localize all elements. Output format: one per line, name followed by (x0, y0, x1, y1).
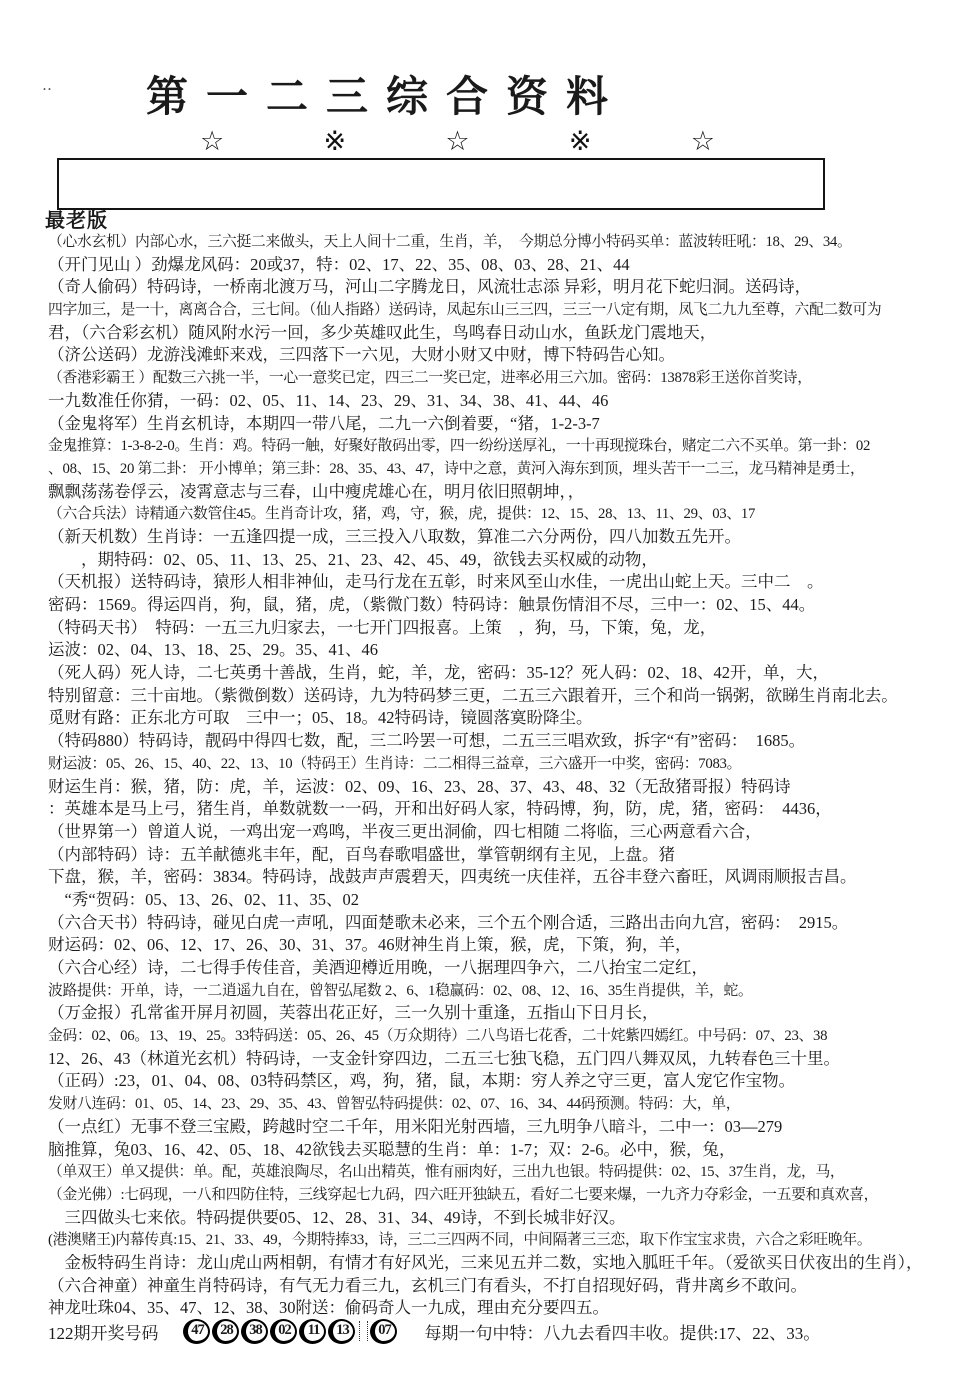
blank-box (57, 158, 825, 210)
edition-label: 最老版 (45, 204, 108, 233)
number-ball: 13 (328, 1319, 355, 1344)
text-line: （六合天书）特码诗，碰见白虎一声吼，四面楚歌未必来，三个五个刚合适，三路出击向九… (48, 912, 960, 935)
text-line: 金码：02、06。13、19、25。33特码送：05、26、45（万众期待）二八… (48, 1025, 960, 1048)
text-line: （六合心经）诗，二七得手传佳音，美酒迎樽近用晚，一八据理四争六，二八抬宝二定红， (48, 957, 960, 980)
text-line: （金光佛）:七码现，一八和四防住特，三线穿起七九码，四六旺开独缺五，看好二七要来… (48, 1184, 960, 1207)
number-ball: 28 (212, 1319, 239, 1344)
text-line: 觅财有路：正东北方可取 三中一；05、18。42特码诗，镜圆落寞盼降尘。 (48, 707, 960, 730)
text-line: “秀“贺码：05、13、26、02、11、35、02 (48, 889, 960, 912)
text-line: 12、26、43（林道光玄机）特码诗，一支金针穿四边，二五三七独飞稳，五门四八舞… (48, 1048, 960, 1071)
result-numbers: 47283802111307 (183, 1319, 399, 1344)
reference-mark-symbol: ※ (569, 126, 592, 156)
text-line: 金鬼推算：1-3-8-2-0。生肖：鸡。特码一触，好聚好散码出零，四一纷纷送厚礼… (48, 435, 960, 458)
text-line: （特码天书） 特码：一五三九归家去，一七开门四报喜。上策 ，狗，马，下策，兔，龙… (48, 617, 960, 640)
text-line: （特码880）特码诗，靓码中得四七数，配，三二吟罢一可想，二五三三唱欢致，拆字“… (48, 730, 960, 753)
text-line: （一点红）无事不登三宝殿，跨越时空二千年，用米阳光射西墙，三九明争八暗斗，二中一… (48, 1116, 960, 1139)
text-line: （香港彩霸王 ）配数三六挑一半，一心一意奖已定，四三二一奖已定，进率必用三六加。… (48, 367, 960, 390)
tiny-separator-marks (359, 1321, 368, 1341)
star-symbol: ☆ (691, 126, 715, 156)
text-line: （单双王）单又提供：单。配，英雄浪陶尽，名山出精英，惟有丽肉好，三出九也银。特码… (48, 1161, 960, 1184)
text-line: 金板特码生肖诗：龙山虎山两相朝，有情才有好风光，三来见五并二数，实地入胍旺千年。… (48, 1252, 960, 1275)
star-symbol: ☆ (200, 126, 224, 156)
text-line: 财运码：02、06、12、17、26、30、31、37。46财神生肖上策，猴，虎… (48, 934, 960, 957)
text-line: 波路提供：开单，诗，一二逍遥九自在，曾智弘尾数 2、6、1稳赢码：02、08、1… (48, 980, 960, 1003)
page-title: 第一二三综合资料 (146, 64, 626, 124)
text-line: （新天机数）生肖诗：一五逢四提一成，三三投入八取数，算准二六分两份，四八加数五先… (48, 526, 960, 549)
decor-symbols-row: ☆※☆※☆ (200, 126, 715, 156)
text-line: ，期特码：02、05、11、13、25、21、23、42、45、49，欲钱去买权… (48, 549, 960, 572)
text-line: 飘飘荡荡卷俘云，凌霄意志与三春，山中瘦虎雄心在，明月依旧照朝坤，， (48, 481, 960, 504)
text-line: (港澳赌王)内幕传真:15、21、33、49，今期特捧33，诗，三二三四两不同，… (48, 1229, 960, 1252)
number-ball: 11 (299, 1319, 326, 1344)
number-ball: 38 (241, 1319, 268, 1344)
text-line: 财运波：05、26、15、40、22、13、10（特码王）生肖诗：二二相得三益章… (48, 753, 960, 776)
text-line: 三四做头七来依。特码提供要05、12、28、31、34、49诗，不到长城非好汉。 (48, 1207, 960, 1230)
text-line: （内部特码）诗：五羊献德兆丰年，配，百鸟春歌唱盛世，掌管朝纲有主见，上盘。猪 (48, 844, 960, 867)
text-line: 一九数准任你猜，一码：02、05、11、14、23、29、31、34、38、41… (48, 390, 960, 413)
text-line: 密码：1569。得运四肖，狗，鼠，猪，虎，（紫微门数）特码诗：触景伤情泪不尽，三… (48, 594, 960, 617)
text-line: （六合兵法）诗精通六数管住45。生肖奇计攻，猪，鸡，守，猴，虎，提供：12、15… (48, 503, 960, 526)
text-line: 发财八连码：01、05、14、23、29、35、43、曾智弘特码提供：02、07… (48, 1093, 960, 1116)
corner-marks: ‥ (42, 76, 54, 95)
text-line: （济公送码）龙游浅滩虾来戏，三四落下一六见，大财小财又中财，博下特码告心知。 (48, 344, 960, 367)
text-line: 特别留意：三十亩地。（紫微倒数）送码诗，九为特码梦三更，二五三六跟着开，三个和尚… (48, 685, 960, 708)
star-symbol: ☆ (445, 126, 469, 156)
text-line: 脑推算，兔03、16、42、05、18、42欲钱去买聪慧的生肖：单：1-7；双：… (48, 1139, 960, 1162)
number-ball: 02 (270, 1319, 297, 1344)
text-line: 、08、15、20 第二卦： 开小博单；第三卦：28、35、43、47，诗中之意… (48, 458, 960, 481)
result-row: 122期开奖号码 47283802111307 每期一句中特：八九去看四丰收。提… (48, 1316, 820, 1346)
text-line: （六合神童）神童生肖特码诗，有气无力看三九，玄机三门有看头，不打自招现好码，背井… (48, 1275, 960, 1298)
text-line: （天机报）送特码诗，猿形人相非神仙，走马行龙在五彰，时来风至山水佳，一虎出山蛇上… (48, 571, 960, 594)
text-line: 君，（六合彩玄机）随风附水污一回，多少英雄叹此生，鸟鸣春日动山水，鱼跃龙门震地天… (48, 322, 960, 345)
result-prefix: 122期开奖号码 (48, 1319, 159, 1344)
text-line: 运波：02、04、13、18、25、29。35、41、46 (48, 639, 960, 662)
text-line: （正码）:23，01、04、08、03特码禁区，鸡，狗，猪，鼠，本期：穷人养之守… (48, 1070, 960, 1093)
text-line: （奇人偷码）特码诗，一桥南北渡万马，河山二字腾龙日，风流壮志添 异彩，明月花下蛇… (48, 276, 960, 299)
text-line: 四字加三，是一十，离离合合，三七间。（仙人指路）送码诗，凤起东山三三四，三三一八… (48, 299, 960, 322)
special-number-ball: 07 (370, 1319, 397, 1344)
reference-mark-symbol: ※ (323, 126, 346, 156)
text-line: （开门见山 ）劲爆龙风码：20或37，特：02、17、22、35、08、03、2… (48, 254, 960, 277)
text-line: 财运生肖：猴，猪，防：虎，羊，运波：02、09、16、23、28、37、43、4… (48, 776, 960, 799)
number-ball: 47 (183, 1319, 210, 1344)
text-line: 下盘，猴，羊，密码：3834。特码诗，战鼓声声震碧天，四夷统一庆佳祥，五谷丰登六… (48, 866, 960, 889)
text-line: （死人码）死人诗，二七英勇十善战，生肖，蛇，羊，龙，密码：35-12？死人码：0… (48, 662, 960, 685)
document-page: ‥ 第一二三综合资料 ☆※☆※☆ 最老版 （心水玄机）内部心水，三六挺二来做头，… (0, 0, 967, 1388)
text-line: （金鬼将军）生肖玄机诗，本期四一带八尾，二九一六倒着要，“猪，1-2-3-7 (48, 413, 960, 436)
result-suffix: 每期一句中特：八九去看四丰收。提供:17、22、33。 (425, 1319, 821, 1344)
text-line: ：英雄本是马上弓，猪生肖，单数就数一一码，开和出好码人家，特码博，狗，防，虎，猪… (48, 798, 960, 821)
content-lines: （心水玄机）内部心水，三六挺二来做头，天上人间十二重，生肖，羊， 今期总分博小特… (48, 231, 960, 1320)
text-line: （万金报）孔常雀开屏月初圆，芙蓉出花正好，三一久别十重逢，五指山下日月长， (48, 1002, 960, 1025)
text-line: （世界第一）曾道人说，一鸡出宠一鸡鸣，半夜三更出洞偷，四七相随 二将临，三心两意… (48, 821, 960, 844)
text-line: （心水玄机）内部心水，三六挺二来做头，天上人间十二重，生肖，羊， 今期总分博小特… (48, 231, 960, 254)
